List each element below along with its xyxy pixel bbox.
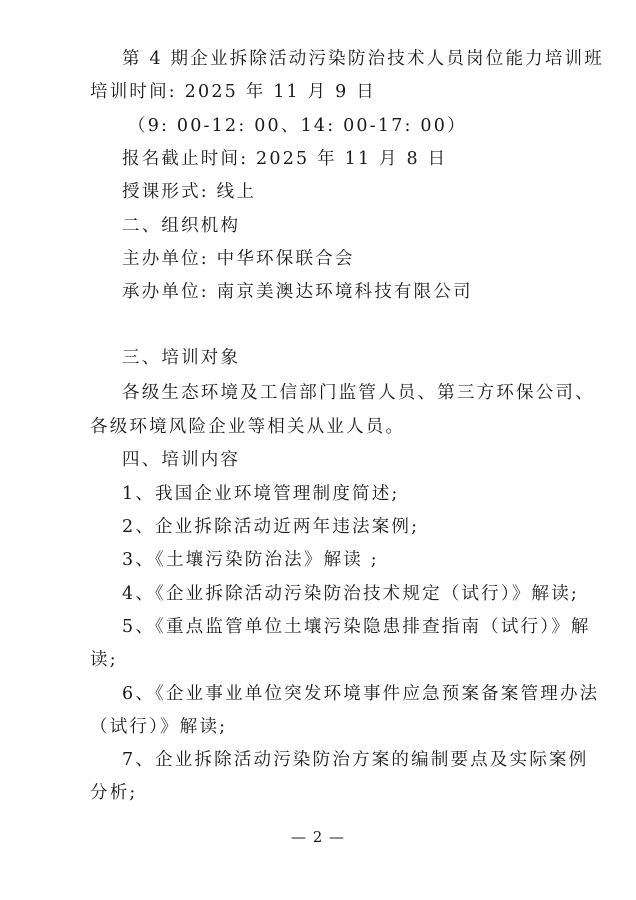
content-item-3: 3、《土壤污染防治法》解读 ; [122, 549, 379, 571]
section-2-heading: 二、组织机构 [122, 215, 240, 237]
content-item-1: 1、我国企业环境管理制度简述; [122, 483, 400, 505]
training-date: 培训时间: 2025 年 11 月 9 日 [90, 81, 376, 103]
content-item-4: 4、《企业拆除活动污染防治技术规定（试行）》解读; [122, 583, 579, 605]
content-item-5-line-2: 读; [90, 649, 118, 671]
page-number: — 2 — [0, 828, 636, 846]
audience-line-1: 各级生态环境及工信部门监管人员、第三方环保公司、 [122, 382, 595, 404]
section-4-heading: 四、培训内容 [122, 449, 240, 471]
content-item-2: 2、企业拆除活动近两年违法案例; [122, 516, 419, 538]
content-item-7-line-1: 7、企业拆除活动污染防治方案的编制要点及实际案例 [122, 749, 588, 771]
organizer: 主办单位: 中华环保联合会 [122, 248, 355, 270]
course-title: 第 4 期企业拆除活动污染防治技术人员岗位能力培训班 [122, 48, 604, 70]
audience-line-2: 各级环境风险企业等相关从业人员。 [90, 416, 405, 438]
content-item-5-line-1: 5、《重点监管单位土壤污染隐患排查指南（试行）》解 [122, 616, 591, 638]
content-item-7-line-2: 分析; [90, 782, 138, 804]
section-3-heading: 三、培训对象 [122, 347, 240, 369]
content-item-6-line-1: 6、《企业事业单位突发环境事件应急预案备案管理办法 [122, 683, 599, 705]
registration-deadline: 报名截止时间: 2025 年 11 月 8 日 [122, 148, 447, 170]
co-organizer: 承办单位: 南京美澳达环境科技有限公司 [122, 281, 473, 303]
teaching-format: 授课形式: 线上 [122, 181, 256, 203]
document-page: 第 4 期企业拆除活动污染防治技术人员岗位能力培训班 培训时间: 2025 年 … [0, 0, 636, 900]
training-hours: （9: 00-12: 00、14: 00-17: 00） [128, 115, 467, 137]
content-item-6-line-2: （试行）》解读; [90, 716, 227, 738]
